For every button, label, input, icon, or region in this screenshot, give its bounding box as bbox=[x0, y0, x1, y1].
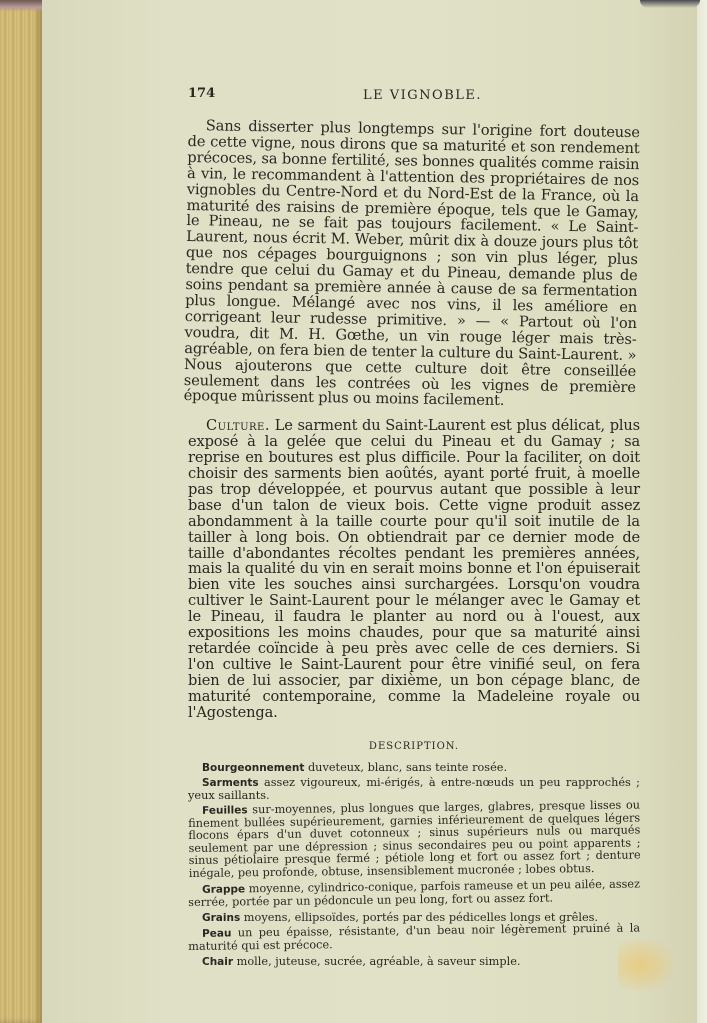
description-item-chair: Chair molle, juteuse, sucrée, agréable, … bbox=[188, 956, 640, 969]
description-item-bourgeonnement: Bourgeonnement duveteux, blanc, sans tei… bbox=[188, 762, 640, 775]
description-item-grappe: Grappe moyenne, cylindrico-conique, parf… bbox=[188, 878, 640, 909]
definition: sur-moyennes, plus longues que larges, g… bbox=[188, 799, 641, 880]
page-right-margin bbox=[697, 0, 707, 1023]
term: Grains bbox=[202, 912, 240, 924]
culture-lead: Culture. bbox=[206, 417, 270, 434]
book-page-edges bbox=[0, 0, 42, 1023]
description-heading: DESCRIPTION. bbox=[188, 741, 640, 752]
term: Bourgeonnement bbox=[202, 762, 304, 774]
term: Chair bbox=[202, 956, 233, 968]
page-content: 174 LE VIGNOBLE. Sans disserter plus lon… bbox=[188, 86, 640, 971]
definition: moyenne, cylindrico-conique, parfois ram… bbox=[188, 877, 640, 908]
term: Peau bbox=[202, 927, 232, 939]
paragraph-culture: Culture. Le sarment du Saint-Laurent est… bbox=[188, 418, 640, 720]
culture-text: Le sarment du Saint-Laurent est plus dél… bbox=[188, 417, 640, 720]
running-title: LE VIGNOBLE. bbox=[363, 88, 482, 103]
definition: duveteux, blanc, sans teinte rosée. bbox=[304, 761, 507, 774]
running-head: 174 LE VIGNOBLE. bbox=[188, 86, 640, 108]
definition: molle, juteuse, sucrée, agréable, à save… bbox=[233, 955, 520, 968]
description-item-peau: Peau un peu épaisse, résistante, d'un be… bbox=[188, 922, 640, 953]
paragraph-origin: Sans disserter plus longtemps sur l'orig… bbox=[184, 118, 640, 411]
book-cover-corner bbox=[0, 0, 42, 12]
definition: un peu épaisse, résistante, d'un beau no… bbox=[188, 921, 640, 952]
description-item-feuilles: Feuilles sur-moyennes, plus longues que … bbox=[188, 800, 641, 881]
term: Grappe bbox=[202, 883, 245, 896]
page-top-shadow bbox=[640, 0, 700, 8]
term: Sarments bbox=[202, 777, 259, 789]
page-number: 174 bbox=[188, 86, 215, 101]
